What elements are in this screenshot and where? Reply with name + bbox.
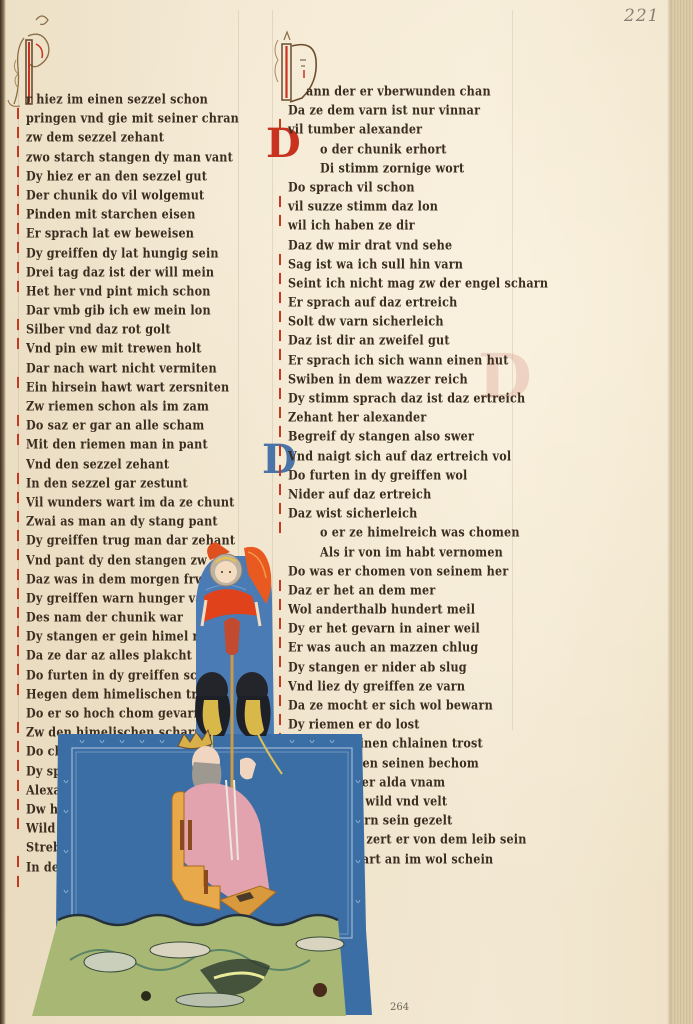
page-number-bottom: 264	[390, 1002, 409, 1013]
text-line: o er ze himelreich was chomen	[276, 522, 548, 543]
text-line: Streben daz wirt dir vil lait	[14, 837, 239, 858]
text-line: Er sprach lat ew beweisen	[14, 223, 239, 244]
fish	[84, 952, 136, 972]
text-line: vil tumber alexander	[276, 119, 548, 140]
text-line: Mit den riemen man in pant	[14, 434, 239, 455]
text-line: Daz ist dir an zweifel gut	[276, 330, 548, 351]
text-line: Dy sprach zw im mit grimm	[14, 760, 239, 781]
text-line: Er was auch an mazzen chlug	[276, 637, 548, 658]
text-line: Vnd naigt sich auf daz ertreich vol	[276, 445, 548, 466]
text-line: Dy stangen er nider ab slug	[276, 656, 548, 677]
fish	[176, 993, 244, 1007]
text-line: Drei tag daz ist der will mein	[14, 262, 239, 283]
text-line: Vnd pin ew mit trewen holt	[14, 338, 239, 359]
text-line: Begreif dy stangen also swer	[276, 426, 548, 447]
text-line: Do was er chomen von seinem her	[276, 561, 548, 582]
fish	[150, 942, 210, 958]
left-gutter-shadow	[0, 0, 6, 1024]
text-line: Daz was in dem morgen frw	[14, 569, 239, 590]
text-line: Als ir von im habt vernomen	[276, 541, 548, 562]
text-line: o der chunik erhort	[276, 138, 548, 159]
text-line: Do chom zw im ein stimm	[14, 741, 239, 762]
text-line: wil ich haben ze dir	[276, 215, 548, 236]
fish	[296, 937, 344, 951]
text-line: Sag ist wa ich sull hin varn	[276, 254, 548, 275]
text-line: zw dem sezzel zehant	[14, 127, 239, 148]
text-line: Do furten in dy greiffen schon	[14, 664, 239, 685]
ruling-line	[272, 10, 273, 730]
text-line: Dy armut wart an im wol schein	[276, 848, 548, 869]
text-line: Wie er zw den seinen bechom	[276, 752, 548, 773]
text-line: Do het er einen chlainen trost	[276, 733, 548, 754]
left-text-column: r hiez im einen sezzel schon pringen vnd…	[14, 90, 239, 877]
text-line: Da ze dar az alles plakcht	[14, 645, 239, 666]
page-edges	[671, 0, 693, 1024]
folio-number: 221	[624, 6, 659, 26]
text-line: Vnd pant dy den stangen zw	[14, 549, 239, 570]
text-line: Vnd den sezzel zehant	[14, 453, 239, 474]
right-text-column: ann der er vberwunden chan Da ze dem var…	[276, 82, 548, 869]
text-line: Er sprach ich sich wann einen hut	[276, 349, 548, 370]
text-line: In den himel chumpt meinem	[14, 856, 239, 877]
sea-with-fish	[32, 915, 346, 1016]
sea-creature	[141, 991, 151, 1001]
text-line: Daz gewant zert er von dem leib sein	[276, 829, 548, 850]
text-line: Daz dw mir drat vnd sehe	[276, 234, 548, 255]
text-line: zwo starch stangen dy man vant	[14, 146, 239, 167]
manuscript-page: 221 264 D D D r hiez im einen sezzel sch…	[0, 0, 693, 1024]
text-line: Dy greiffen trug man dar zehant	[14, 530, 239, 551]
sea-creature	[313, 983, 327, 997]
text-line: Dar nach wart nicht vermiten	[14, 357, 239, 378]
text-line: Dy greiffen dy lat hungig sein	[14, 242, 239, 263]
